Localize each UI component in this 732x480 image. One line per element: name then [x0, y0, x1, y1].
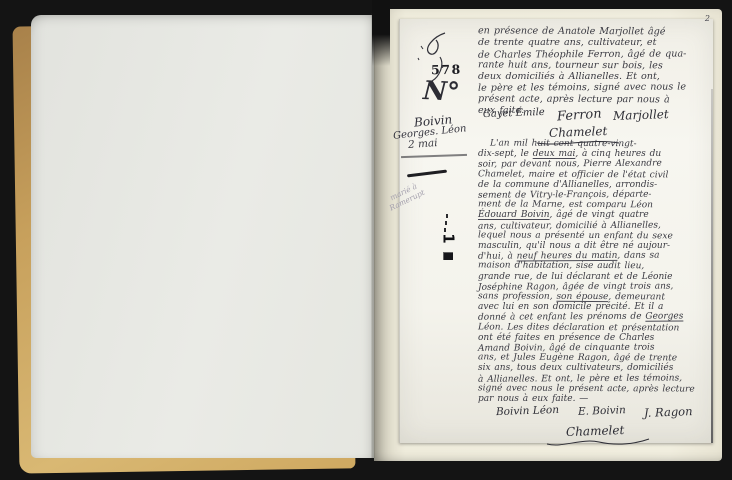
handwritten-line: Léon. Les dites déclaration et présentat…	[478, 322, 711, 333]
film-frame-number: 1	[441, 233, 456, 243]
signature: E. Boivin	[578, 404, 626, 420]
margin-act-date: 2 mai	[408, 137, 438, 151]
gutter-top-shadow	[372, 0, 390, 66]
left-blank-page	[31, 15, 376, 458]
handwritten-line: présent acte, après lecture par nous à	[478, 93, 711, 106]
handwritten-line: ment de la Marne, est comparu Léon	[478, 200, 711, 211]
handwritten-line: de la commune d'Allianelles, arrondis-	[478, 180, 711, 190]
handwritten-line: de trente quatre ans, cultivateur, et	[478, 37, 711, 48]
margin-dash-mark	[407, 170, 447, 178]
birth-act-signatures: Boivin LéonE. BoivinJ. Ragon	[496, 405, 693, 419]
handwritten-line: L'an mil huit cent quatre-vingt-	[478, 138, 711, 149]
officer-signature: Chamelet	[549, 124, 608, 140]
film-marker-square	[443, 252, 453, 260]
signature: J. Ragon	[644, 404, 693, 420]
handwritten-line: rante huit ans, tourneur sur bois, les	[478, 59, 711, 72]
scanned-register-photo: 2 578 N° Boivin Georges. Léon 2 mai mari…	[0, 0, 732, 480]
signature: Boivin Léon	[496, 404, 560, 420]
handwritten-line: six ans, tous deux cultivateurs, domicil…	[478, 363, 711, 373]
handwritten-line: Chamelet, maire et officier de l'état ci…	[478, 169, 711, 180]
birth-act-text: L'an mil huit cent quatre-vingt-dix-sept…	[478, 139, 711, 404]
officer-signature: Chamelet	[566, 423, 625, 439]
handwritten-line: maison d'habitation, sise audit lieu,	[478, 261, 711, 272]
officer-signature-block: Chamelet	[545, 420, 645, 448]
film-marker-dot	[444, 228, 446, 232]
previous-act-text: en présence de Anatole Marjollet âgéde t…	[478, 26, 711, 116]
handwritten-line: Édouard Boivin, âgé de vingt quatre	[478, 210, 711, 220]
act-number-stamp: 578	[431, 62, 462, 78]
film-marker-dot	[445, 221, 447, 225]
handwritten-line: en présence de Anatole Marjollet âgé	[478, 25, 711, 38]
handwritten-line: sans profession, son épouse, demeurant	[478, 291, 711, 302]
handwritten-line: signé avec nous le présent acte, après l…	[478, 383, 711, 394]
handwritten-line: lequel nous a présenté un enfant du sexe	[478, 230, 711, 241]
margin-rule	[401, 154, 467, 158]
handwritten-line: grande rue, de lui déclarant et de Léoni…	[478, 272, 711, 282]
margin-monogram: N°	[422, 78, 460, 106]
handwritten-line: soir, par devant nous, Pierre Alexandre	[478, 159, 711, 171]
handwritten-line: ans, et Jules Eugène Ragon, âgé de trent…	[478, 353, 711, 364]
handwritten-line: par nous à eux faite. —	[478, 394, 711, 404]
pasted-photostat: 2 578 N° Boivin Georges. Léon 2 mai mari…	[399, 19, 713, 443]
page-number: 2	[705, 14, 710, 23]
film-marker-dot	[446, 214, 448, 218]
book-gutter-shadow	[371, 13, 375, 458]
